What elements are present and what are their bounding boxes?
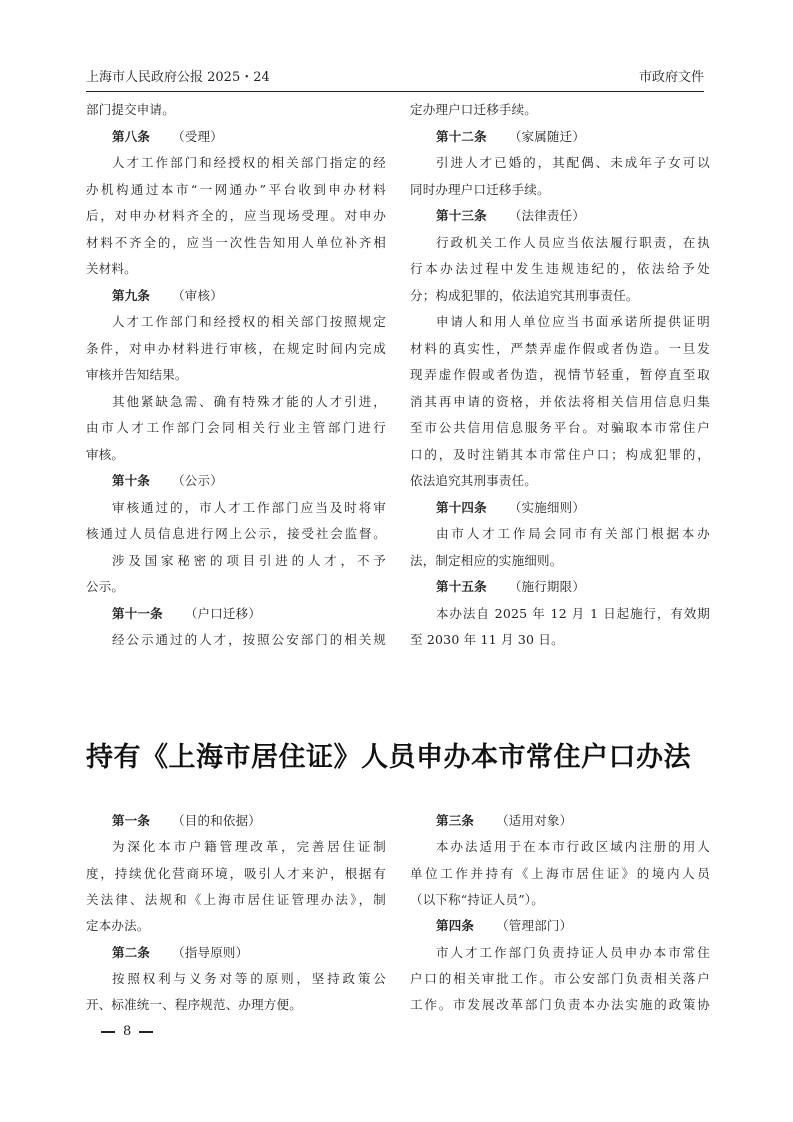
page-number: 8	[93, 1024, 161, 1039]
article-heading: 第二条（指导原则）	[86, 943, 386, 963]
paragraph-line: 材料的真实性，严禁弄虚作假或者伪造。一旦发	[410, 339, 710, 359]
paragraph-line: （以下称“持证人员”）。	[410, 890, 710, 910]
article-heading: 第十三条（法律责任）	[410, 206, 710, 226]
article-heading: 第一条（目的和依据）	[86, 811, 386, 831]
article-title: （施行期限）	[509, 579, 585, 594]
article-title: （法律责任）	[509, 208, 585, 223]
paragraph-line: 工作。市发展改革部门负责本办法实施的政策协	[410, 995, 710, 1015]
running-header: 上海市人民政府公报 2025・24 市政府文件	[86, 64, 704, 88]
article-number: 第十三条	[436, 208, 487, 223]
paragraph-line: 本办法自 2025 年 12 月 1 日起施行，有效期	[410, 604, 710, 624]
article-number: 第十条	[112, 473, 150, 488]
paragraph-line: 申请人和用人单位应当书面承诺所提供证明	[410, 312, 710, 332]
paragraph-line: 口的，及时注销其本市常住户口；构成犯罪的，	[410, 445, 710, 465]
article-heading: 第八条（受理）	[86, 127, 386, 147]
paragraph-line: 审核。	[86, 445, 386, 465]
dash-left	[101, 1031, 115, 1033]
article-number: 第十五条	[436, 579, 487, 594]
paragraph-line: 至市公共信用信息服务平台。对骗取本市常住户	[410, 418, 710, 438]
paragraph-line: 户口的相关审批工作。市公安部门负责相关落户	[410, 969, 710, 989]
paragraph-line: 公示。	[86, 577, 386, 597]
paragraph-line: 单位工作并持有《上海市居住证》的境内人员	[410, 864, 710, 884]
article-number: 第二条	[112, 945, 150, 960]
paragraph-line: 办机构通过本市“一网通办”平台收到申办材料	[86, 180, 386, 200]
paragraph-line: 人才工作部门和经授权的相关部门指定的经	[86, 153, 386, 173]
paragraph-line: 现弄虚作假或者伪造，视情节轻重，暂停直至取	[410, 365, 710, 385]
article-title: （管理部门）	[496, 918, 572, 933]
paragraph-line: 由市人才工作部门会同相关行业主管部门进行	[86, 418, 386, 438]
paragraph-line: 部门提交申请。	[86, 100, 386, 120]
paragraph-line: 其他紧缺急需、确有特殊才能的人才引进，	[86, 392, 386, 412]
paragraph-line: 度，持续优化营商环境，吸引人才来沪，根据有	[86, 864, 386, 884]
header-divider	[86, 91, 704, 92]
article-number: 第九条	[112, 288, 150, 303]
paragraph-line: 审核并告知结果。	[86, 365, 386, 385]
article-heading: 第十四条（实施细则）	[410, 498, 710, 518]
paragraph-line: 市人才工作部门负责持证人员申办本市常住	[410, 943, 710, 963]
article-heading: 第十一条（户口迁移）	[86, 604, 386, 624]
paragraph-line: 同时办理户口迁移手续。	[410, 180, 710, 200]
article-number: 第一条	[112, 813, 150, 828]
paragraph-line: 条件，对申办材料进行审核，在规定时间内完成	[86, 339, 386, 359]
paragraph-line: 本办法适用于在本市行政区域内注册的用人	[410, 837, 710, 857]
article-number: 第十二条	[436, 129, 487, 144]
article-number: 第四条	[436, 918, 474, 933]
paragraph-line: 关法律、法规和《上海市居住证管理办法》，制	[86, 890, 386, 910]
article-heading: 第十二条（家属随迁）	[410, 127, 710, 147]
article-title: （家属随迁）	[509, 129, 585, 144]
paragraph-line: 开、标准统一、程序规范、办理方便。	[86, 995, 386, 1015]
article-number: 第十四条	[436, 500, 487, 515]
article-title: （指导原则）	[172, 945, 248, 960]
article-heading: 第四条（管理部门）	[410, 916, 710, 936]
paragraph-line: 定本办法。	[86, 916, 386, 936]
article-title: （适用对象）	[496, 813, 572, 828]
paragraph-line: 人才工作部门和经授权的相关部门按照规定	[86, 312, 386, 332]
paragraph-line: 材料不齐全的，应当一次性告知用人单位补齐相	[86, 233, 386, 253]
gazette-issue: 上海市人民政府公报 2025・24	[86, 66, 270, 85]
article-title: （实施细则）	[509, 500, 585, 515]
article-heading: 第十条（公示）	[86, 471, 386, 491]
paragraph-line: 消其再申请的资格，并依法将相关信用信息归集	[410, 392, 710, 412]
article-title: （公示）	[172, 473, 223, 488]
paragraph-line: 分；构成犯罪的，依法追究其刑事责任。	[410, 286, 710, 306]
paragraph-line: 依法追究其刑事责任。	[410, 471, 710, 491]
paragraph-line: 关材料。	[86, 259, 386, 279]
article-heading: 第十五条（施行期限）	[410, 577, 710, 597]
dash-right	[139, 1031, 153, 1033]
paragraph-line: 行政机关工作人员应当依法履行职责，在执	[410, 233, 710, 253]
paragraph-line: 经公示通过的人才，按照公安部门的相关规	[86, 630, 386, 650]
document-title: 持有《上海市居住证》人员申办本市常住户口办法	[86, 736, 706, 780]
paragraph-line: 法，制定相应的实施细则。	[410, 551, 710, 571]
paragraph-line: 审核通过的，市人才工作部门应当及时将审	[86, 498, 386, 518]
article-heading: 第三条（适用对象）	[410, 811, 710, 831]
paragraph-line: 由市人才工作局会同市有关部门根据本办	[410, 524, 710, 544]
paragraph-line: 至 2030 年 11 月 30 日。	[410, 630, 710, 650]
section-label: 市政府文件	[639, 66, 704, 85]
paragraph-line: 核通过人员信息进行网上公示，接受社会监督。	[86, 524, 386, 544]
paragraph-line: 引进人才已婚的，其配偶、未成年子女可以	[410, 153, 710, 173]
article-title: （户口迁移）	[185, 606, 261, 621]
paragraph-line: 按照权利与义务对等的原则，坚持政策公	[86, 969, 386, 989]
paragraph-line: 涉及国家秘密的项目引进的人才，不予	[86, 551, 386, 571]
article-heading: 第九条（审核）	[86, 286, 386, 306]
article-title: （目的和依据）	[172, 813, 261, 828]
page-number-value: 8	[123, 1024, 131, 1039]
article-title: （受理）	[172, 129, 223, 144]
paragraph-line: 定办理户口迁移手续。	[410, 100, 710, 120]
article-number: 第十一条	[112, 606, 163, 621]
paragraph-line: 后，对申办材料齐全的，应当现场受理。对申办	[86, 206, 386, 226]
paragraph-line: 为深化本市户籍管理改革，完善居住证制	[86, 837, 386, 857]
article-number: 第三条	[436, 813, 474, 828]
article-number: 第八条	[112, 129, 150, 144]
paragraph-line: 行本办法过程中发生违规违纪的，依法给予处	[410, 259, 710, 279]
article-title: （审核）	[172, 288, 223, 303]
